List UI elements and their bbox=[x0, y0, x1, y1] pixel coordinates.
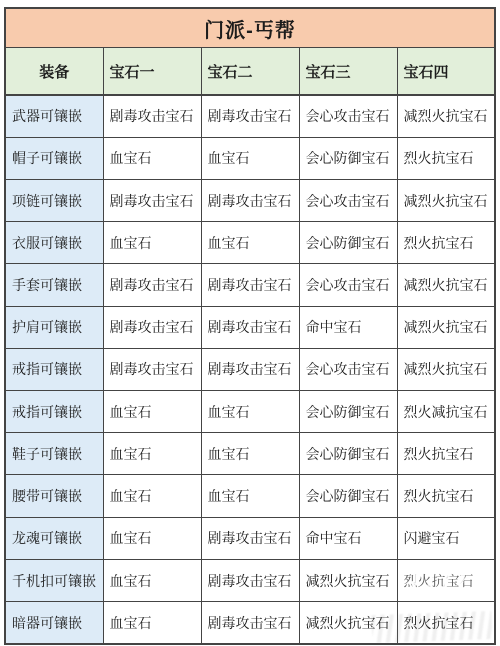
gem-cell: 会心防御宝石 bbox=[299, 222, 397, 264]
table-title-row: 门派-丐帮 bbox=[5, 8, 495, 48]
gem-cell: 减烈火抗宝石 bbox=[299, 559, 397, 601]
column-header-gem-three: 宝石三 bbox=[299, 48, 397, 96]
gem-cell: 减烈火抗宝石 bbox=[397, 264, 495, 306]
gem-cell: 减烈火抗宝石 bbox=[397, 179, 495, 221]
gem-cell: 血宝石 bbox=[103, 433, 201, 475]
column-header-equipment: 装备 bbox=[5, 48, 103, 96]
gem-cell: 会心防御宝石 bbox=[299, 137, 397, 179]
gem-cell: 血宝石 bbox=[103, 517, 201, 559]
gem-cell: 会心攻击宝石 bbox=[299, 264, 397, 306]
gem-cell: 会心防御宝石 bbox=[299, 391, 397, 433]
gem-cell: 命中宝石 bbox=[299, 517, 397, 559]
table-row: 手套可镶嵌剧毒攻击宝石剧毒攻击宝石会心攻击宝石减烈火抗宝石 bbox=[5, 264, 495, 306]
gem-cell: 减烈火抗宝石 bbox=[299, 602, 397, 644]
gem-cell: 会心攻击宝石 bbox=[299, 179, 397, 221]
table-body: 武器可镶嵌剧毒攻击宝石剧毒攻击宝石会心攻击宝石减烈火抗宝石帽子可镶嵌血宝石血宝石… bbox=[5, 95, 495, 644]
table-title: 门派-丐帮 bbox=[5, 8, 495, 48]
gem-cell: 血宝石 bbox=[201, 222, 299, 264]
equipment-cell: 暗器可镶嵌 bbox=[5, 602, 103, 644]
table-row: 项链可镶嵌剧毒攻击宝石剧毒攻击宝石会心攻击宝石减烈火抗宝石 bbox=[5, 179, 495, 221]
gem-cell: 剧毒攻击宝石 bbox=[201, 306, 299, 348]
table-row: 龙魂可镶嵌血宝石剧毒攻击宝石命中宝石闪避宝石 bbox=[5, 517, 495, 559]
gem-cell: 烈火抗宝石 bbox=[397, 475, 495, 517]
gem-cell: 烈火减抗宝石 bbox=[397, 391, 495, 433]
spreadsheet-page: 门派-丐帮 装备 宝石一 宝石二 宝石三 宝石四 武器可镶嵌剧毒攻击宝石剧毒攻击… bbox=[0, 0, 500, 646]
gem-cell: 血宝石 bbox=[103, 475, 201, 517]
table-row: 暗器可镶嵌血宝石剧毒攻击宝石减烈火抗宝石烈火抗宝石 bbox=[5, 602, 495, 644]
gem-cell: 血宝石 bbox=[103, 137, 201, 179]
table-row: 帽子可镶嵌血宝石血宝石会心防御宝石烈火抗宝石 bbox=[5, 137, 495, 179]
gem-cell: 会心攻击宝石 bbox=[299, 95, 397, 137]
table-row: 衣服可镶嵌血宝石血宝石会心防御宝石烈火抗宝石 bbox=[5, 222, 495, 264]
gem-cell: 会心攻击宝石 bbox=[299, 348, 397, 390]
gem-cell: 血宝石 bbox=[103, 602, 201, 644]
gem-cell: 剧毒攻击宝石 bbox=[201, 517, 299, 559]
table-row: 护肩可镶嵌剧毒攻击宝石剧毒攻击宝石命中宝石减烈火抗宝石 bbox=[5, 306, 495, 348]
gem-cell: 剧毒攻击宝石 bbox=[103, 95, 201, 137]
gem-cell: 命中宝石 bbox=[299, 306, 397, 348]
equipment-cell: 龙魂可镶嵌 bbox=[5, 517, 103, 559]
table-header-row: 装备 宝石一 宝石二 宝石三 宝石四 bbox=[5, 48, 495, 96]
gem-cell: 闪避宝石 bbox=[397, 517, 495, 559]
gem-cell: 剧毒攻击宝石 bbox=[201, 602, 299, 644]
gem-cell: 减烈火抗宝石 bbox=[397, 306, 495, 348]
gem-cell: 会心防御宝石 bbox=[299, 433, 397, 475]
gem-cell: 剧毒攻击宝石 bbox=[201, 348, 299, 390]
table-row: 武器可镶嵌剧毒攻击宝石剧毒攻击宝石会心攻击宝石减烈火抗宝石 bbox=[5, 95, 495, 137]
equipment-cell: 衣服可镶嵌 bbox=[5, 222, 103, 264]
gem-cell: 血宝石 bbox=[103, 222, 201, 264]
gem-cell: 烈火抗宝石 bbox=[397, 433, 495, 475]
gem-cell: 剧毒攻击宝石 bbox=[201, 95, 299, 137]
equipment-cell: 千机扣可镶嵌 bbox=[5, 559, 103, 601]
gem-cell: 烈火抗宝石 bbox=[397, 222, 495, 264]
equipment-cell: 戒指可镶嵌 bbox=[5, 391, 103, 433]
table-row: 千机扣可镶嵌血宝石剧毒攻击宝石减烈火抗宝石烈火抗宝石 bbox=[5, 559, 495, 601]
gem-cell: 剧毒攻击宝石 bbox=[103, 306, 201, 348]
gem-cell: 烈火抗宝石 bbox=[397, 137, 495, 179]
gem-cell: 剧毒攻击宝石 bbox=[103, 264, 201, 306]
gem-cell: 剧毒攻击宝石 bbox=[201, 179, 299, 221]
column-header-gem-four: 宝石四 bbox=[397, 48, 495, 96]
gem-cell: 减烈火抗宝石 bbox=[397, 348, 495, 390]
table-row: 戒指可镶嵌剧毒攻击宝石剧毒攻击宝石会心攻击宝石减烈火抗宝石 bbox=[5, 348, 495, 390]
table-row: 腰带可镶嵌血宝石血宝石会心防御宝石烈火抗宝石 bbox=[5, 475, 495, 517]
gem-cell: 血宝石 bbox=[201, 137, 299, 179]
equipment-cell: 项链可镶嵌 bbox=[5, 179, 103, 221]
equipment-cell: 手套可镶嵌 bbox=[5, 264, 103, 306]
gem-cell: 剧毒攻击宝石 bbox=[201, 264, 299, 306]
table-row: 鞋子可镶嵌血宝石血宝石会心防御宝石烈火抗宝石 bbox=[5, 433, 495, 475]
gem-cell: 血宝石 bbox=[103, 391, 201, 433]
gem-cell: 血宝石 bbox=[103, 559, 201, 601]
column-header-gem-two: 宝石二 bbox=[201, 48, 299, 96]
equipment-cell: 鞋子可镶嵌 bbox=[5, 433, 103, 475]
gem-cell: 血宝石 bbox=[201, 391, 299, 433]
gem-cell: 血宝石 bbox=[201, 475, 299, 517]
gem-cell: 血宝石 bbox=[201, 433, 299, 475]
equipment-cell: 武器可镶嵌 bbox=[5, 95, 103, 137]
gem-cell: 剧毒攻击宝石 bbox=[103, 348, 201, 390]
gem-cell: 会心防御宝石 bbox=[299, 475, 397, 517]
gem-table: 门派-丐帮 装备 宝石一 宝石二 宝石三 宝石四 武器可镶嵌剧毒攻击宝石剧毒攻击… bbox=[4, 7, 496, 645]
table-row: 戒指可镶嵌血宝石血宝石会心防御宝石烈火减抗宝石 bbox=[5, 391, 495, 433]
gem-cell: 剧毒攻击宝石 bbox=[103, 179, 201, 221]
gem-cell: 剧毒攻击宝石 bbox=[201, 559, 299, 601]
gem-cell: 烈火抗宝石 bbox=[397, 559, 495, 601]
equipment-cell: 帽子可镶嵌 bbox=[5, 137, 103, 179]
column-header-gem-one: 宝石一 bbox=[103, 48, 201, 96]
gem-cell: 减烈火抗宝石 bbox=[397, 95, 495, 137]
gem-cell: 烈火抗宝石 bbox=[397, 602, 495, 644]
equipment-cell: 护肩可镶嵌 bbox=[5, 306, 103, 348]
equipment-cell: 腰带可镶嵌 bbox=[5, 475, 103, 517]
equipment-cell: 戒指可镶嵌 bbox=[5, 348, 103, 390]
